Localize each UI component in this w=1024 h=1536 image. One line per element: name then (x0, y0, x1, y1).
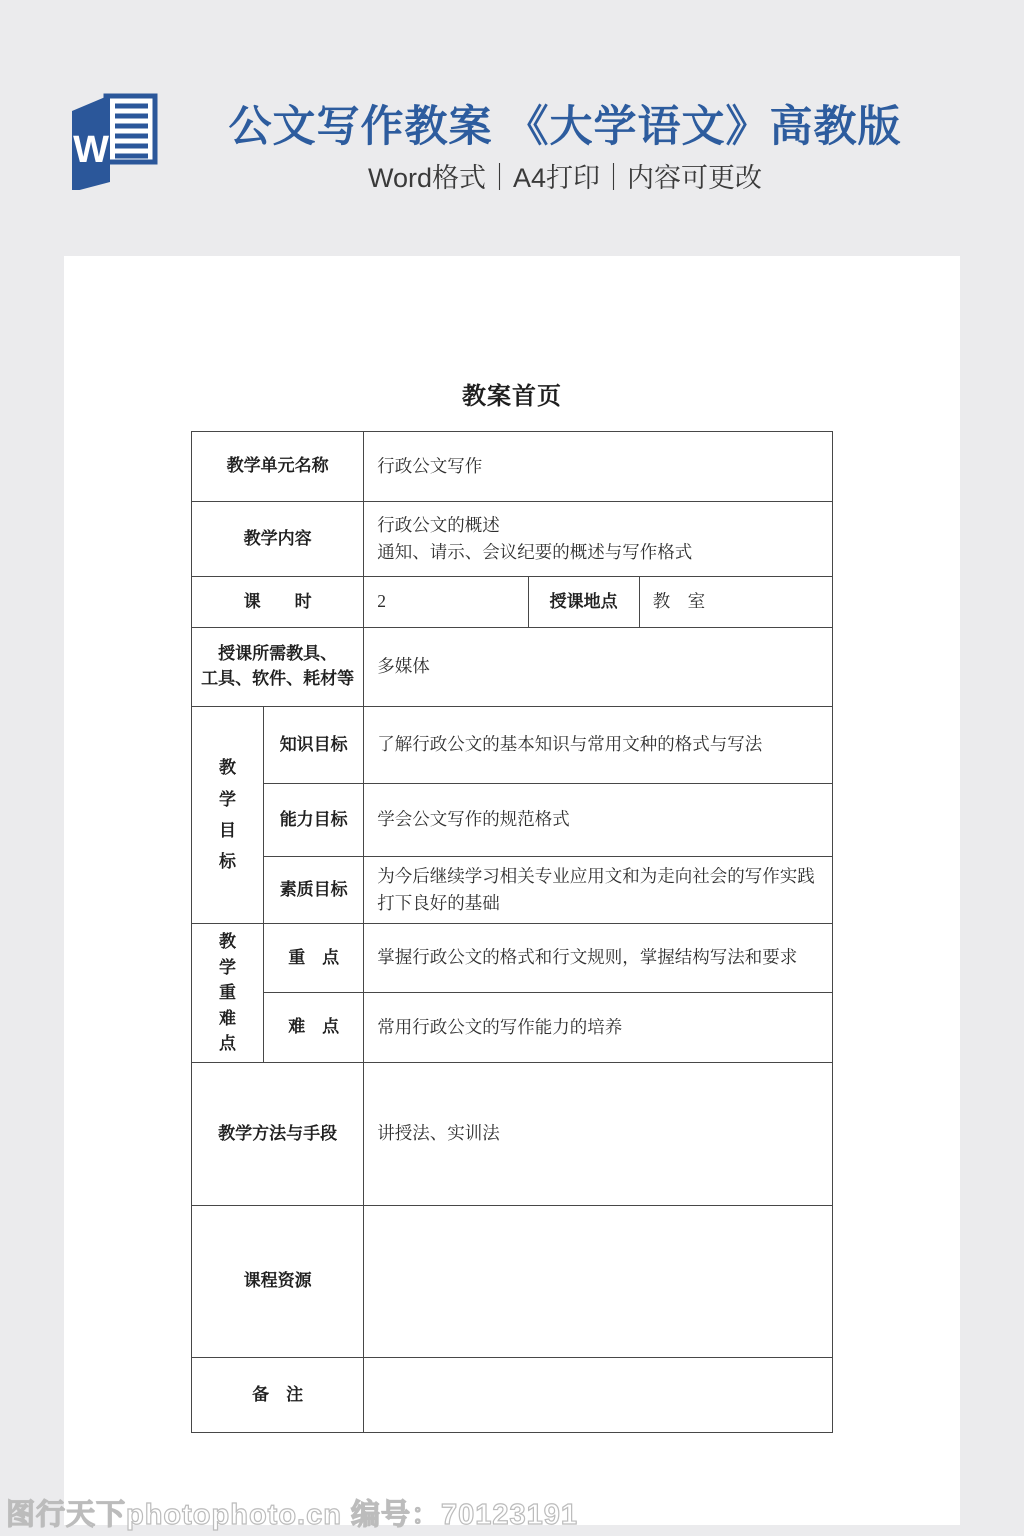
page-title: 公文写作教案 《大学语文》高教版 (170, 93, 960, 154)
value-hours: 2 (364, 577, 528, 628)
word-icon-letter: W (73, 129, 109, 171)
table-row: 教学单元名称 行政公文写作 (192, 432, 833, 502)
table-row: 素质目标 为今后继续学习相关专业应用文和为走向社会的写作实践打下良好的基础 (192, 857, 833, 924)
label-hours: 课 时 (192, 577, 364, 628)
label-key-point: 重 点 (264, 924, 364, 993)
table-title: 教案首页 (64, 256, 960, 411)
page-subtitle: Word格式｜A4打印｜内容可更改 (170, 156, 960, 195)
table-row: 教学重难点 重 点 掌握行政公文的格式和行文规则，掌握结构写法和要求 (192, 924, 833, 993)
label-location: 授课地点 (528, 577, 639, 628)
value-content: 行政公文的概述 通知、请示、会议纪要的概述与写作格式 (364, 502, 833, 577)
table-row: 能力目标 学会公文写作的规范格式 (192, 784, 833, 857)
label-remarks: 备 注 (192, 1358, 364, 1433)
lesson-plan-table: 教学单元名称 行政公文写作 教学内容 行政公文的概述 通知、请示、会议纪要的概述… (191, 431, 833, 1433)
value-content-line1: 行政公文的概述 (377, 512, 822, 539)
value-unit-name: 行政公文写作 (364, 432, 833, 502)
table-row: 课 时 2 授课地点 教 室 (192, 577, 833, 628)
value-knowledge-objective: 了解行政公文的基本知识与常用文种的格式与写法 (364, 707, 833, 784)
label-tools: 授课所需教具、 工具、软件、耗材等 (192, 628, 364, 707)
value-ability-objective: 学会公文写作的规范格式 (364, 784, 833, 857)
header: W 公文写作教案 《大学语文》高教版 Word格式｜A4打印｜内容可更改 (0, 0, 1024, 256)
label-difficult-point: 难 点 (264, 993, 364, 1063)
value-remarks (364, 1358, 833, 1433)
label-methods: 教学方法与手段 (192, 1063, 364, 1206)
label-quality-objective: 素质目标 (264, 857, 364, 924)
group-label-key-points: 教学重难点 (192, 924, 264, 1063)
table-row: 教学内容 行政公文的概述 通知、请示、会议纪要的概述与写作格式 (192, 502, 833, 577)
table-row: 教学目标 知识目标 了解行政公文的基本知识与常用文种的格式与写法 (192, 707, 833, 784)
value-quality-objective: 为今后继续学习相关专业应用文和为走向社会的写作实践打下良好的基础 (364, 857, 833, 924)
label-content: 教学内容 (192, 502, 364, 577)
value-location: 教 室 (639, 577, 832, 628)
site-watermark: 图行天下photophoto.cn 编号：70123191 (6, 1492, 578, 1533)
label-ability-objective: 能力目标 (264, 784, 364, 857)
table-row: 授课所需教具、 工具、软件、耗材等 多媒体 (192, 628, 833, 707)
value-content-line2: 通知、请示、会议纪要的概述与写作格式 (377, 539, 822, 566)
label-tools-line2: 工具、软件、耗材等 (195, 667, 360, 692)
group-label-objectives: 教学目标 (192, 707, 264, 924)
label-knowledge-objective: 知识目标 (264, 707, 364, 784)
value-tools: 多媒体 (364, 628, 833, 707)
label-unit-name: 教学单元名称 (192, 432, 364, 502)
label-tools-line1: 授课所需教具、 (195, 642, 360, 667)
table-row: 难 点 常用行政公文的写作能力的培养 (192, 993, 833, 1063)
table-row: 课程资源 (192, 1206, 833, 1358)
value-key-point: 掌握行政公文的格式和行文规则，掌握结构写法和要求 (364, 924, 833, 993)
table-row: 教学方法与手段 讲授法、实训法 (192, 1063, 833, 1206)
value-resources (364, 1206, 833, 1358)
label-resources: 课程资源 (192, 1206, 364, 1358)
value-methods: 讲授法、实训法 (364, 1063, 833, 1206)
word-logo-icon: W (64, 90, 160, 190)
document-page: 教案首页 教学单元名称 行政公文写作 教学内容 行政公文的概述 通知、请示、会议… (64, 256, 960, 1525)
table-row: 备 注 (192, 1358, 833, 1433)
value-difficult-point: 常用行政公文的写作能力的培养 (364, 993, 833, 1063)
